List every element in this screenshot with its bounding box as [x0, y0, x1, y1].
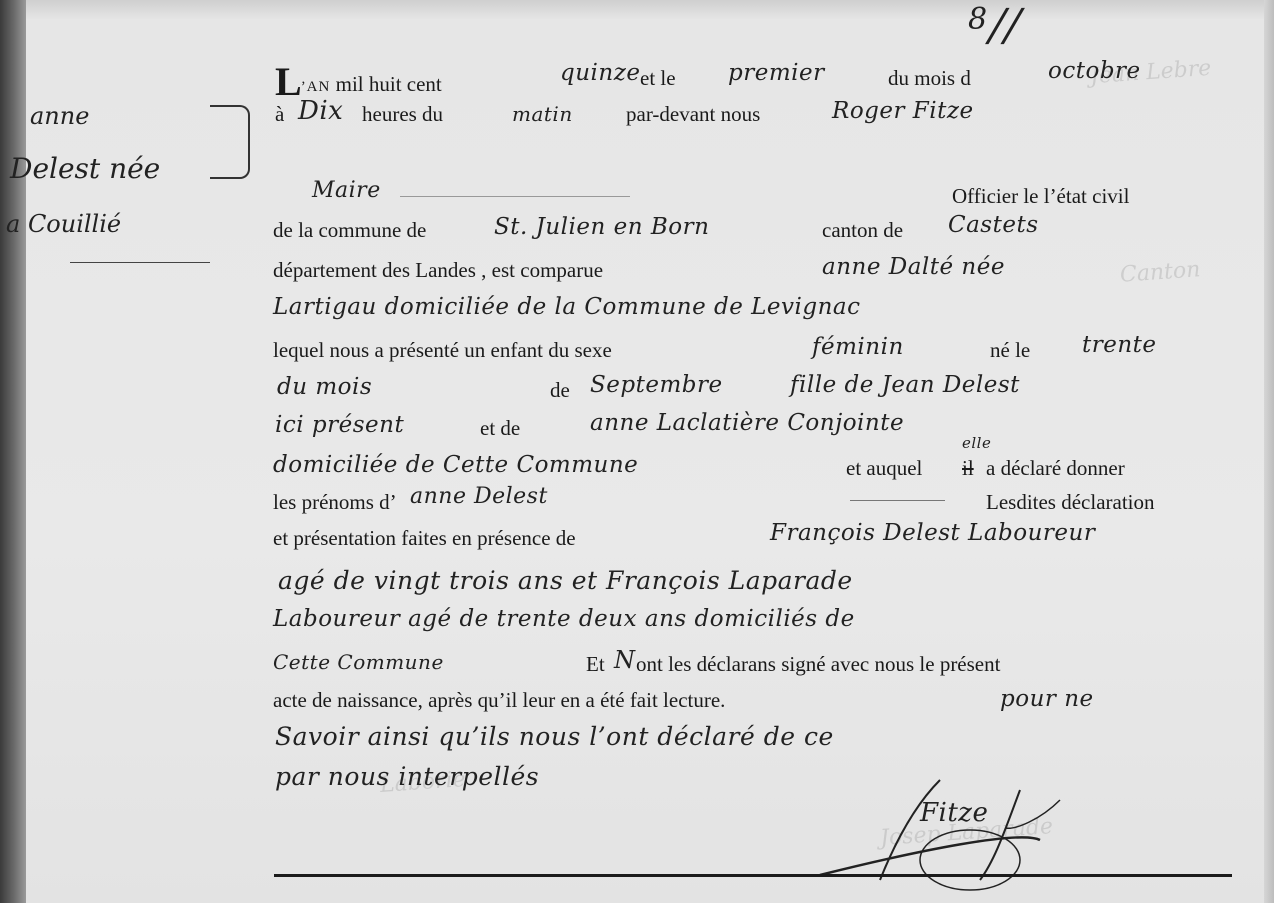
printed-text: heures du	[362, 102, 443, 127]
handwritten-closing: pour ne	[1000, 686, 1094, 712]
printed-text: lequel nous a présenté un enfant du sexe	[273, 338, 612, 363]
handwritten-sex: féminin	[812, 334, 904, 360]
bleed-through-text: Canton	[1119, 257, 1201, 288]
handwritten-canton: Castets	[948, 212, 1039, 238]
handwritten-officer-name: Roger Fitze	[832, 98, 974, 124]
struck-pronoun: il	[962, 456, 974, 481]
printed-text: et de	[480, 416, 520, 441]
printed-text: et présentation faites en présence de	[273, 526, 576, 551]
handwritten-officer-title: Maire	[312, 178, 381, 203]
handwritten-not-marker: N	[614, 646, 636, 674]
handwritten-parentage: fille de Jean Delest	[790, 372, 1020, 398]
handwritten-witness-line: Laboureur agé de trente deux ans domicil…	[273, 606, 855, 632]
handwritten-closing: par nous interpellés	[275, 762, 539, 791]
printed-text: mil huit cent	[336, 72, 442, 96]
handwritten-birth-day: trente	[1082, 332, 1157, 358]
printed-text: à	[275, 102, 284, 127]
handwritten-year: quinze	[560, 60, 640, 86]
margin-note-line: Delest née	[10, 152, 160, 185]
printed-text: Et	[586, 652, 605, 677]
handwritten-hour: Dix	[298, 96, 343, 126]
handwritten-father-present: ici présent	[275, 412, 404, 438]
printed-text: ont les déclarans signé avec nous le pré…	[636, 652, 1000, 677]
printed-text: ’AN	[301, 79, 331, 95]
handwritten-closing: Savoir ainsi qu’ils nous l’ont déclaré d…	[275, 722, 834, 751]
page-edge	[1264, 0, 1274, 903]
folio-number: 8	[968, 2, 988, 37]
inserted-pronoun: elle	[962, 434, 991, 452]
page-binding	[0, 0, 26, 903]
handwritten-month: octobre	[1048, 58, 1141, 84]
printed-text: de la commune de	[273, 218, 426, 243]
printed-text: les prénoms d’	[273, 490, 397, 515]
handwritten-witness1: François Delest Laboureur	[770, 520, 1095, 546]
folio-slash-mark: //	[983, 0, 1027, 51]
printed-text: acte de naissance, après qu’il leur en a…	[273, 688, 725, 713]
printed-text: du mois d	[888, 66, 971, 91]
handwritten-residence: domiciliée de Cette Commune	[273, 452, 638, 478]
register-page: Jean Lebre Canton Laborie Josep Laparade…	[0, 0, 1274, 903]
handwritten-day: premier	[728, 60, 825, 86]
printed-text: et le	[640, 66, 676, 91]
printed-text: Officier le l’état civil	[952, 184, 1129, 209]
printed-text: département des Landes , est comparue	[273, 258, 603, 283]
handwritten-mother: anne Laclatière Conjointe	[590, 410, 904, 436]
printed-text: a déclaré donner	[986, 456, 1125, 481]
blank-line	[850, 500, 945, 501]
handwritten-birth-day-cont: du mois	[277, 374, 372, 400]
handwritten-witness-line: Cette Commune	[273, 650, 444, 674]
printed-text: né le	[990, 338, 1030, 363]
drop-cap: L	[275, 59, 301, 104]
margin-note-line: anne	[30, 102, 89, 130]
handwritten-declarant-residence: Lartigau domiciliée de la Commune de Lev…	[273, 294, 861, 320]
printed-text: et auquel	[846, 456, 922, 481]
blank-line	[400, 196, 630, 197]
printed-text: par-devant nous	[626, 102, 760, 127]
handwritten-birth-month: Septembre	[590, 372, 723, 398]
printed-text: canton de	[822, 218, 903, 243]
margin-note-line: a Couillié	[6, 210, 121, 238]
printed-text: Lesdites déclaration	[986, 490, 1155, 515]
margin-underline	[70, 262, 210, 263]
officer-signature: Fitze	[800, 770, 1100, 900]
handwritten-time-of-day: matin	[512, 102, 573, 126]
handwritten-given-name: anne Delest	[410, 484, 548, 509]
handwritten-witness-line: agé de vingt trois ans et François Lapar…	[278, 566, 853, 595]
signature-text: Fitze	[920, 798, 988, 828]
handwritten-commune: St. Julien en Born	[494, 214, 709, 240]
margin-bracket	[210, 105, 250, 179]
handwritten-declarant: anne Dalté née	[822, 254, 1005, 280]
signature-flourish-icon	[800, 770, 1100, 900]
closing-rule	[274, 874, 1232, 877]
printed-text: de	[550, 378, 570, 403]
